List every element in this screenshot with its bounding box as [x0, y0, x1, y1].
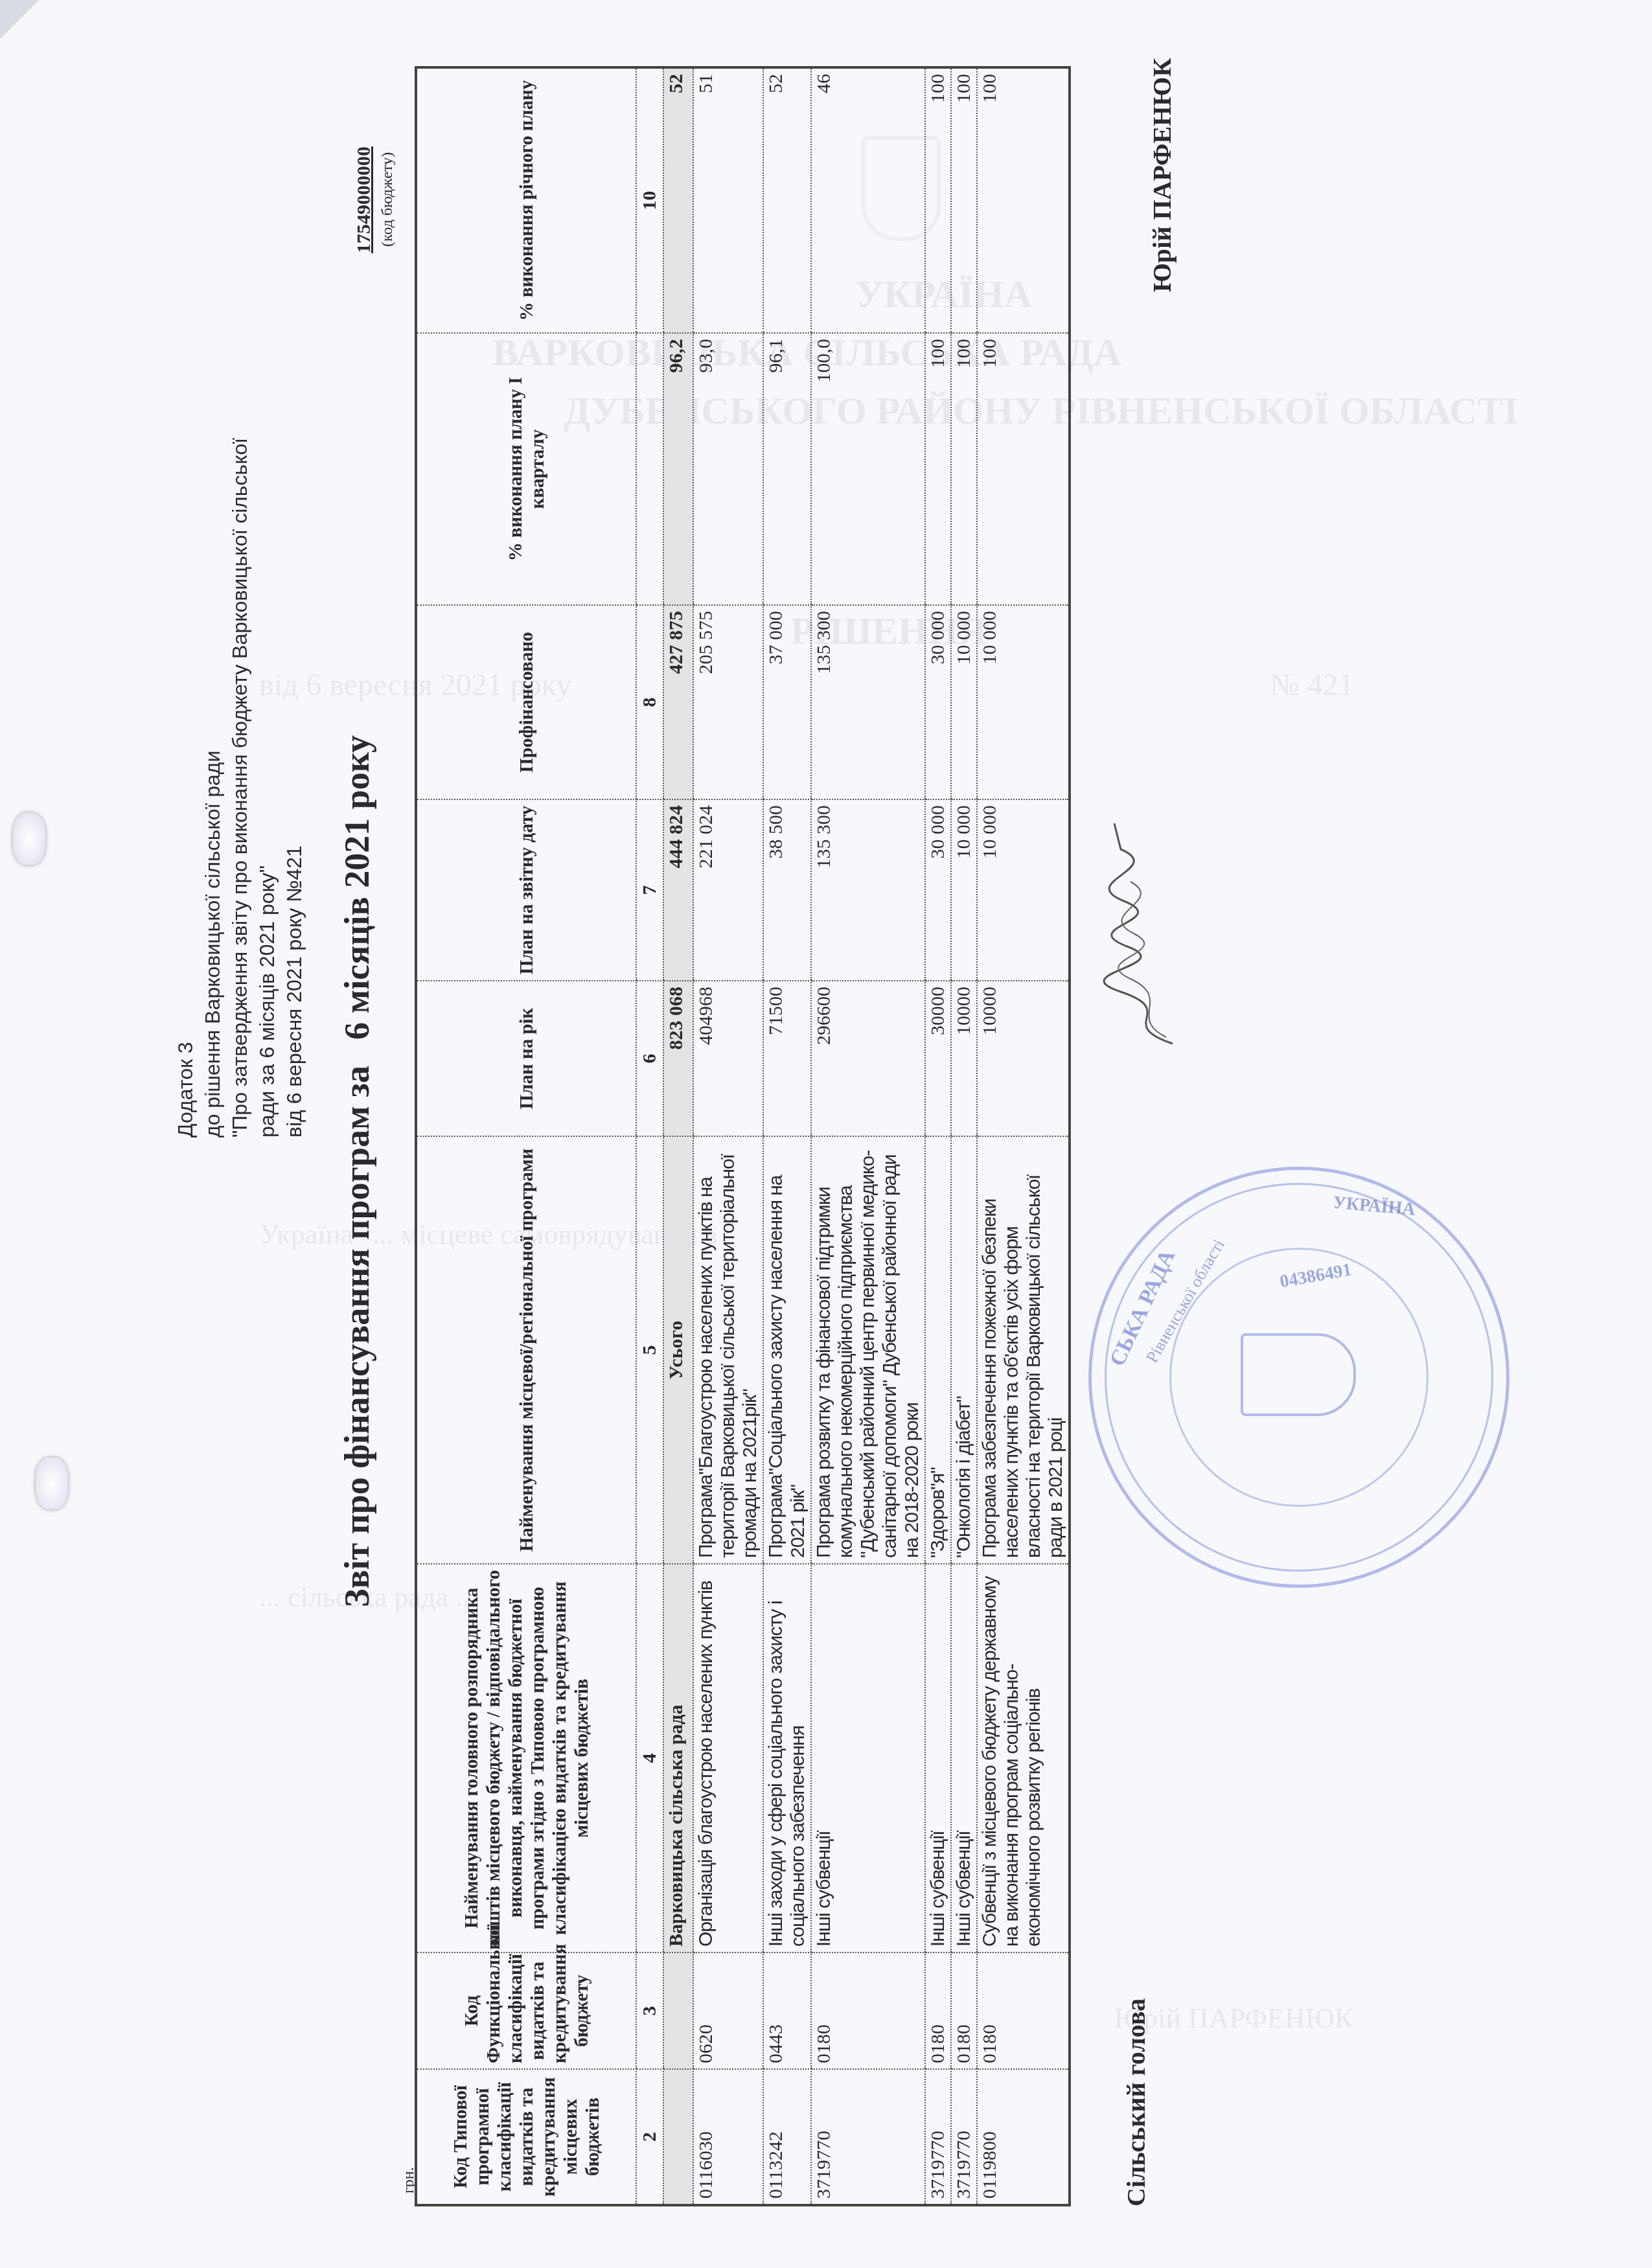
stamp-code: 04386491: [1278, 1260, 1353, 1293]
row-program-code: 3719770: [811, 2069, 925, 2205]
row-manager: Субвенції з місцевого бюджету державному…: [977, 1564, 1070, 1953]
table-row: 37197700180Інші субвенції"Здоров"я"30000…: [925, 67, 951, 2205]
column-number: 4: [636, 1564, 663, 1953]
row-plan-year: 10000: [977, 981, 1070, 1136]
total-func-code: [663, 1953, 693, 2069]
budget-code-label: (код бюджету): [379, 152, 396, 247]
row-plan-year: 71500: [763, 981, 811, 1136]
header-func-code: Код Функціональної класифікації видатків…: [416, 1953, 636, 2069]
row-manager: Інші субвенції: [951, 1564, 977, 1953]
table-row: 37197700180Інші субвенції"Онкологія і ді…: [951, 67, 977, 2205]
total-code: [663, 2069, 693, 2205]
row-program-name: "Здоров"я": [925, 1136, 951, 1564]
row-pct-year: 51: [693, 67, 763, 333]
stamp-text: УКРАЇНА: [1332, 1193, 1416, 1220]
header-plan-year: План на рік: [416, 981, 636, 1136]
total-financed: 427 875: [663, 605, 693, 799]
total-row: Варковицька сільська рада Усього 823 068…: [663, 67, 693, 2205]
row-program-code: 0119800: [977, 2069, 1070, 2205]
column-number: 3: [636, 1953, 663, 2069]
column-number: 5: [636, 1136, 663, 1564]
header-pct-year: % виконання річного плану: [416, 67, 636, 333]
row-manager: Інші заходи у сфері соціального захисту …: [763, 1564, 811, 1953]
row-financed: 135 300: [811, 605, 925, 799]
table-row: 37197700180Інші субвенціїПрограма розвит…: [811, 67, 925, 2205]
column-number: 6: [636, 981, 663, 1136]
row-func-code: 0180: [925, 1953, 951, 2069]
total-pct-quarter: 96,2: [663, 333, 693, 605]
annex-line: від 6 вересня 2021 року №421: [281, 438, 308, 1138]
row-financed: 205 575: [693, 605, 763, 799]
total-plan-date: 444 824: [663, 799, 693, 981]
column-number-row: 2 3 4 5 6 7 8 10: [636, 67, 663, 2205]
row-manager: Інші субвенції: [925, 1564, 951, 1953]
header-program-name: Найменування місцевої/регіональної прогр…: [416, 1136, 636, 1564]
annex-line: до рішення Варковицької сільської ради: [199, 438, 226, 1138]
row-pct-quarter: 93,0: [693, 333, 763, 605]
row-program-code: 0116030: [693, 2069, 763, 2205]
report-sheet: Додаток 3 до рішення Варковицької сільсь…: [0, 0, 1652, 2268]
annex-line: "Про затвердження звіту про виконання бю…: [226, 438, 253, 1138]
budget-code: 17549000000: [353, 146, 375, 253]
signer-name: Юрій ПАРФЕНЮК: [1147, 58, 1177, 292]
row-financed: 10 000: [951, 605, 977, 799]
row-func-code: 0180: [951, 1953, 977, 2069]
table-row: 01160300620Організація благоустрою насел…: [693, 67, 763, 2205]
official-stamp: СЬКА РАДА Рівненської області 04386491 У…: [1088, 1167, 1509, 1588]
column-number: 8: [636, 605, 663, 799]
row-func-code: 0620: [693, 1953, 763, 2069]
column-number: 10: [636, 67, 663, 333]
column-number: 2: [636, 2069, 663, 2205]
row-plan-date: 10 000: [977, 799, 1070, 981]
row-financed: 37 000: [763, 605, 811, 799]
table-row: 01198000180Субвенції з місцевого бюджету…: [977, 67, 1070, 2205]
programs-table: Код Типової програмної класифікації вида…: [415, 66, 1071, 2206]
table-header-row: Код Типової програмної класифікації вида…: [416, 67, 636, 2205]
annex-note: Додаток 3 до рішення Варковицької сільсь…: [172, 438, 308, 1138]
stamp-text: СЬКА РАДА: [1105, 1246, 1180, 1370]
row-program-code: 0113242: [763, 2069, 811, 2205]
report-title: Звіт про фінансування програм за6 місяці…: [337, 735, 377, 1607]
row-func-code: 0180: [811, 1953, 925, 2069]
row-program-name: "Онкологія і діабет": [951, 1136, 977, 1564]
row-program-name: Програма забезпечення пожежної безпеки н…: [977, 1136, 1070, 1564]
annex-line: Додаток 3: [172, 438, 199, 1138]
row-plan-date: 30 000: [925, 799, 951, 981]
row-pct-year: 46: [811, 67, 925, 333]
row-plan-date: 38 500: [763, 799, 811, 981]
row-plan-year: 10000: [951, 981, 977, 1136]
header-program-code: Код Типової програмної класифікації вида…: [416, 2069, 636, 2205]
header-plan-date: План на звітну дату: [416, 799, 636, 981]
row-pct-quarter: 100: [951, 333, 977, 605]
row-program-name: Програма"Благоустрою населених пунктів н…: [693, 1136, 763, 1564]
row-func-code: 0443: [763, 1953, 811, 2069]
total-pct-year: 52: [663, 67, 693, 333]
header-pct-quarter: % виконання плану I кварталу: [416, 333, 636, 605]
report-title-period: 6 місяців 2021 року: [338, 735, 376, 1040]
row-pct-quarter: 100: [977, 333, 1070, 605]
row-plan-year: 404968: [693, 981, 763, 1136]
header-financed: Профінансовано: [416, 605, 636, 799]
header-manager: Найменування головного розпорядника кошт…: [416, 1564, 636, 1953]
row-func-code: 0180: [977, 1953, 1070, 2069]
row-financed: 10 000: [977, 605, 1070, 799]
row-program-code: 3719770: [925, 2069, 951, 2205]
row-manager: Інші субвенції: [811, 1564, 925, 1953]
row-pct-quarter: 100,0: [811, 333, 925, 605]
row-pct-quarter: 100: [925, 333, 951, 605]
row-pct-year: 100: [977, 67, 1070, 333]
row-program-name: Програма"Соціального захисту населення н…: [763, 1136, 811, 1564]
trident-emblem-icon: [1241, 1333, 1356, 1416]
total-manager: Варковицька сільська рада: [663, 1564, 693, 1953]
row-financed: 30 000: [925, 605, 951, 799]
row-program-name: Програма розвитку та фінансової підтримк…: [811, 1136, 925, 1564]
row-plan-year: 30000: [925, 981, 951, 1136]
signer-title: Сільський голова: [1121, 1999, 1151, 2206]
column-number: 7: [636, 799, 663, 981]
row-plan-year: 296600: [811, 981, 925, 1136]
row-program-code: 3719770: [951, 2069, 977, 2205]
row-pct-year: 100: [951, 67, 977, 333]
handwritten-signature: [1101, 817, 1186, 1050]
row-pct-year: 100: [925, 67, 951, 333]
total-plan-year: 823 068: [663, 981, 693, 1136]
row-pct-quarter: 96,1: [763, 333, 811, 605]
report-title-main: Звіт про фінансування програм за: [338, 1066, 376, 1607]
annex-line: ради за 6 місяців 2021 року": [253, 438, 281, 1138]
table-row: 01132420443Інші заходи у сфері соціально…: [763, 67, 811, 2205]
row-plan-date: 10 000: [951, 799, 977, 981]
row-pct-year: 52: [763, 67, 811, 333]
column-number: [636, 333, 663, 605]
row-plan-date: 221 024: [693, 799, 763, 981]
row-plan-date: 135 300: [811, 799, 925, 981]
row-manager: Організація благоустрою населених пункті…: [693, 1564, 763, 1953]
total-label: Усього: [663, 1136, 693, 1564]
